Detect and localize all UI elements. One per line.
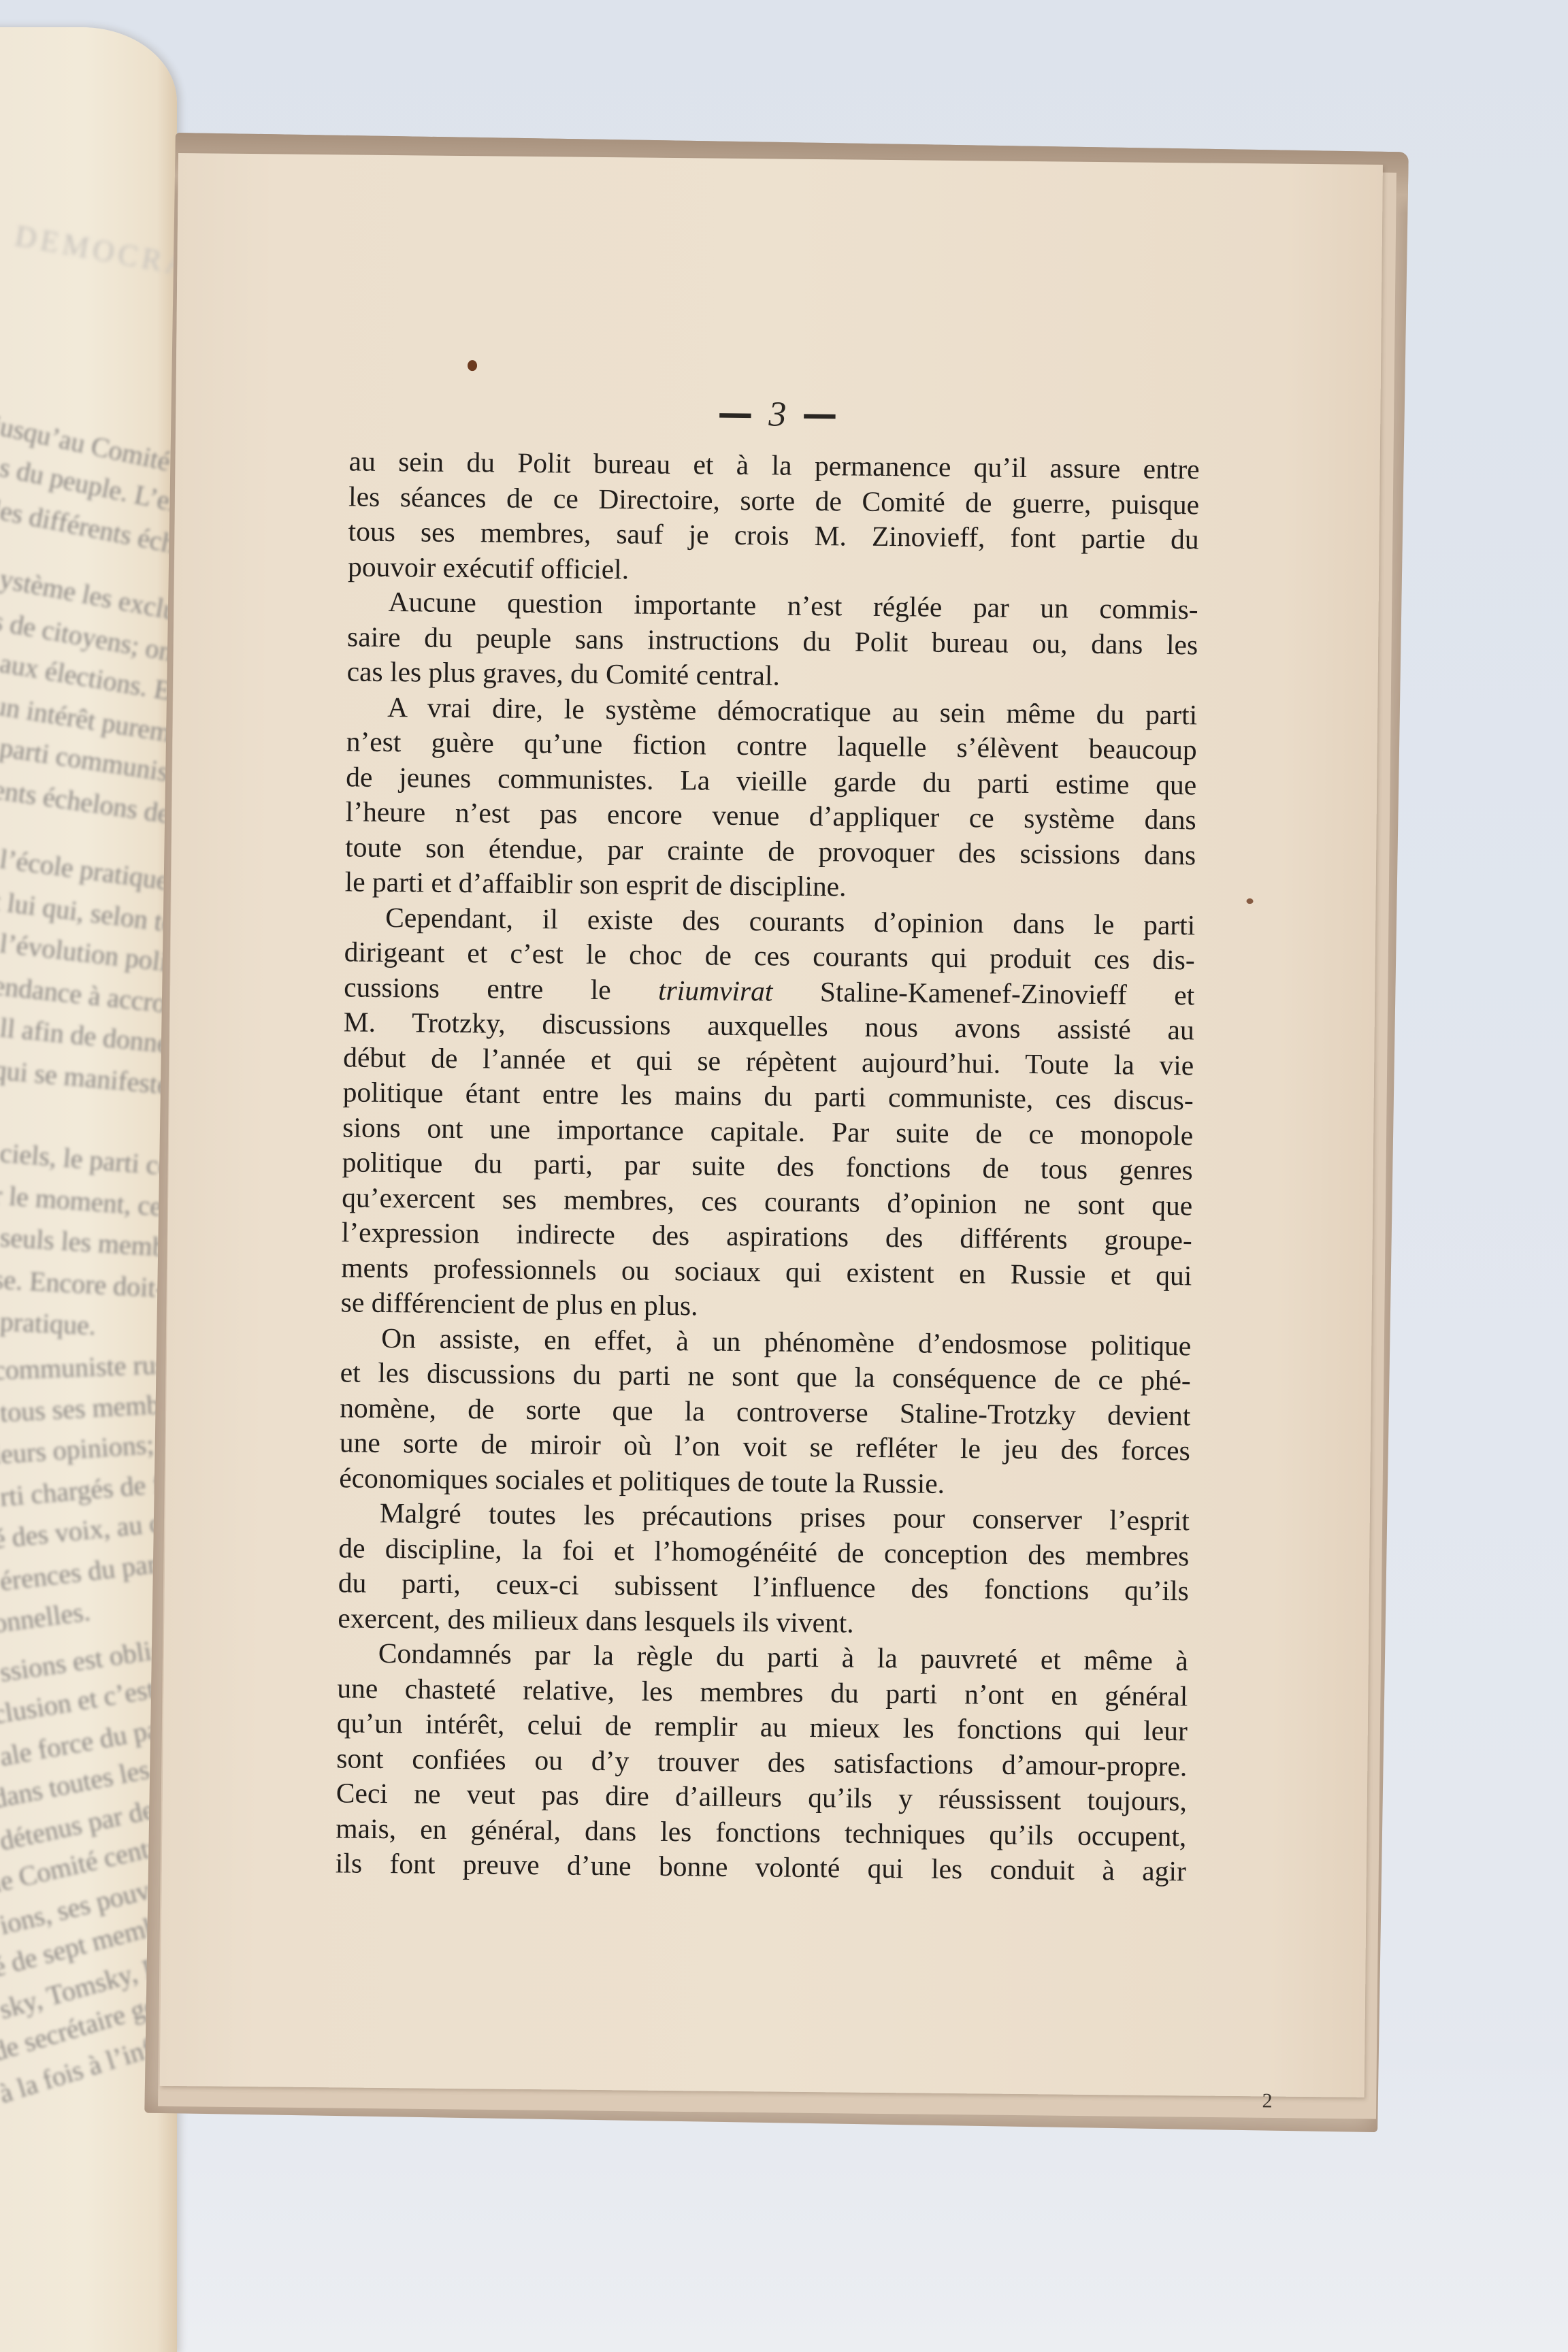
paragraph: au sein du Polit bureau et à la permanen… <box>348 444 1200 592</box>
left-page-line: pratique. <box>0 1305 97 1341</box>
paragraph: Malgré toutes les précautions prises pou… <box>338 1495 1190 1644</box>
left-page-line: leurs opinions; ils peuvent <box>0 1420 177 1471</box>
left-page-line: qui se manifestent de <box>0 1053 177 1105</box>
left-page-heading: DEMOCRATIE <box>12 218 177 293</box>
paragraph: On assiste, en effet, à un phénomène d’e… <box>339 1320 1191 1503</box>
signature-mark: 2 <box>1262 2089 1272 2112</box>
left-page-line: tous ses membres sont égaux <box>0 1381 177 1428</box>
left-page-line: seuls les membres du parti <box>0 1221 177 1271</box>
running-head-dash-left: — <box>717 393 755 435</box>
paragraph: Aucune question importante n’est réglée … <box>346 584 1198 697</box>
running-head: — 3 — <box>176 388 1380 440</box>
paragraph: A vrai dire, le système démocratique au … <box>344 689 1197 908</box>
text-line: ils font preuve d’une bonne volonté qui … <box>336 1846 1186 1889</box>
left-page-line: onnelles. <box>0 1595 92 1639</box>
ink-spot <box>1246 898 1253 904</box>
left-page-line: se. Encore doit-on ajouter <box>0 1263 177 1310</box>
right-page: — 3 — au sein du Polit bureau et à la pe… <box>160 153 1383 2097</box>
page-number: 3 <box>768 395 788 434</box>
left-page-line: communiste russe et <box>0 1347 177 1386</box>
paragraph: Cependant, il existe des courants d’opin… <box>341 900 1196 1328</box>
italic-term: triumvirat <box>658 974 773 1007</box>
running-head-dash-right: — <box>802 394 839 436</box>
paragraph: Condamnés par la règle du parti à la pau… <box>336 1635 1188 1889</box>
body-text: au sein du Polit bureau et à la permanen… <box>336 444 1200 1889</box>
ink-spot <box>468 360 477 371</box>
